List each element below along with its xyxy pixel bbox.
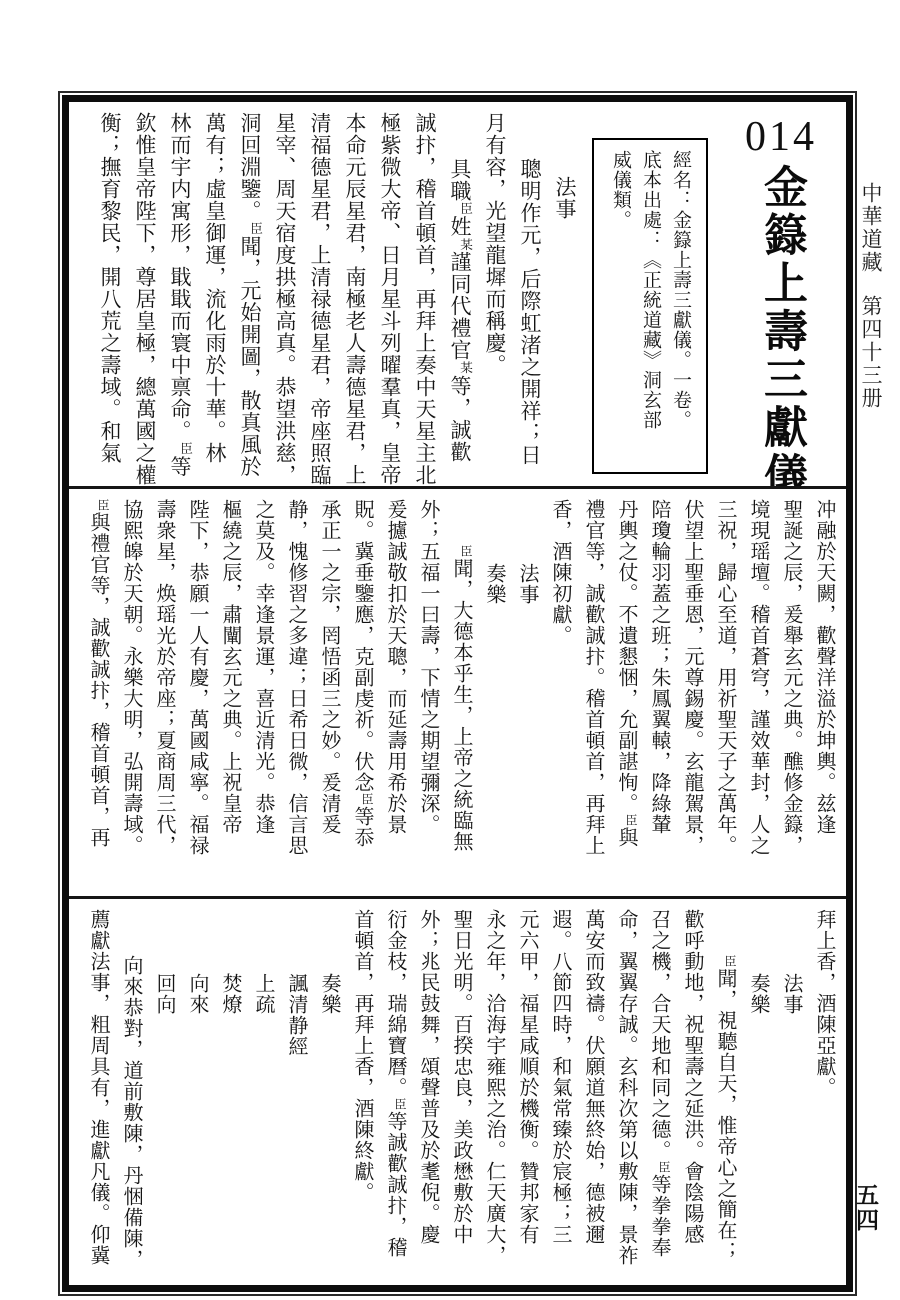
text-column: 聖日光明。百揆忠良，美政懋敷於中 [444,909,477,1277]
text-column: 本命元辰星君，南極老人壽德星君，上 [337,112,372,478]
text-column: 境現瑶壇。稽首蒼穹，謹效華封，人之 [741,499,774,888]
text-column: 臣聞，視聽自天，惟帝心之簡在； [708,909,741,1277]
scripture-number: 014 [745,112,817,158]
text-column: 萬有；虛皇御運，流化雨於十華。林 [197,112,232,478]
text-column: 永之年，洽海宇雍熙之治。仁天廣大， [477,909,510,1277]
section-heading: 焚燎 [213,909,246,1277]
text-column: 外；兆民鼓舞，頌聲普及於耄倪。慶 [411,909,444,1277]
scripture-title: 金籙上壽三獻儀 [759,164,803,489]
text-column: 禮官等，誠歡誠抃。稽首頓首，再拜上 [576,499,609,888]
section-middle: 冲融於天闕，歡聲洋溢於坤輿。兹逢聖誕之辰，爰舉玄元之典。醮修金籙，境現瑶壇。稽首… [69,489,846,899]
small-char: 某 [447,361,482,375]
section-heading: 法事 [774,909,807,1277]
text-column: 臣與禮官等，誠歡誠抃，稽首頓首，再 [81,499,114,888]
text-column: 萬安而致禱。伏願道無終始，德被邇 [576,909,609,1277]
scripture-title-block: 014 金籙上壽三獻儀 [722,112,840,478]
colophon-column: 底本出處：《正統道藏》洞玄部 [635,150,665,462]
text-column: 極紫微大帝、日月星斗列曜羣真，皇帝 [372,112,407,478]
page-number: 五四 [849,1183,882,1233]
small-char: 某 [447,238,482,252]
text-column: 冲融於天闕，歡聲洋溢於坤輿。兹逢 [807,499,840,888]
text-column: 遐。八節四時，和氣常臻於宸極；三 [543,909,576,1277]
text-column: 薦獻法事，粗周具有，進獻凡儀。仰冀 [81,909,114,1277]
section-heading: 法事 [547,112,582,478]
small-char: 臣 [614,814,647,827]
text-frame: 014 金籙上壽三獻儀 經名：金籙上壽三獻儀。一卷。底本出處：《正統道藏》洞玄部… [62,95,853,1292]
text-column: 承正一之宗，罔悟函三之妙。爰清爰 [312,499,345,888]
section-heading: 諷清静經 [279,909,312,1277]
text-column: 三祝，歸心至道，用祈聖天子之萬年。 [708,499,741,888]
text-column: 静，愧修習之多違；日希日微，信言思 [279,499,312,888]
text-column: 伏望上聖垂恩，元尊錫慶。玄龍駕景， [675,499,708,888]
text-column: 元六甲，福星咸順於機衡。贊邦家有 [510,909,543,1277]
section-heading: 奏樂 [312,909,345,1277]
section-heading: 法事 [510,499,543,888]
text-column: 之莫及。幸逢景運，喜近清光。恭逢 [246,499,279,888]
text-column: 丹輿之仗。不遺懇悃，允副諶恂。臣與 [609,499,642,888]
small-char: 臣 [449,545,482,558]
section-top: 014 金籙上壽三獻儀 經名：金籙上壽三獻儀。一卷。底本出處：《正統道藏》洞玄部… [69,102,846,489]
small-char: 臣 [237,222,272,236]
text-column: 首頓首，再拜上香，酒陳終獻。 [345,909,378,1277]
text-column: 向來恭對，道前敷陳，丹悃備陳， [114,909,147,1277]
text-column: 林而宇内寓形，戢戢而寰中禀命。臣等 [162,112,197,478]
small-char: 臣 [647,1161,680,1174]
margin-caption: 中華道藏 第四十三册 [859,182,882,410]
text-column: 星宰、周天宿度拱極高真。恭望洪慈， [267,112,302,478]
text-column: 洞回淵鑒。臣聞，元始開圖，散真風於 [232,112,267,478]
text-column: 衡；撫育黎民，開八荒之壽域。和氣 [92,112,127,478]
section-heading: 回向 [147,909,180,1277]
small-char: 臣 [86,499,119,512]
text-column: 誠抃，稽首頓首，再拜上奏中天星主北 [407,112,442,478]
small-char: 臣 [383,1098,416,1111]
text-column: 壽衆星，焕瑶光於帝座；夏商周三代， [147,499,180,888]
text-column: 具職臣姓某謹同代禮官某等，誠歡 [442,112,477,478]
text-column: 陛下，恭願一人有慶，萬國咸寧。福禄 [180,499,213,888]
text-column: 召之機，合天地和同之德。臣等拳拳奉 [642,909,675,1277]
text-column: 命，翼翼存誠。玄科次第以敷陳，景祚 [609,909,642,1277]
small-char: 臣 [713,955,746,968]
text-column: 清福德星君，上清禄德星君，帝座照臨 [302,112,337,478]
text-column: 臣聞，大德本乎生，上帝之統臨無 [444,499,477,888]
text-column: 樞繞之辰，肅闡玄元之典。上祝皇帝 [213,499,246,888]
text-column: 協熙皞於天朝。永樂大明，弘開壽域。 [114,499,147,888]
section-heading: 向來 [180,909,213,1277]
text-column: 聖誕之辰，爰舉玄元之典。醮修金籙， [774,499,807,888]
text-column: 衍金枝，瑞綿寶曆。臣等誠歡誠抃，稽 [378,909,411,1277]
colophon-column: 經名：金籙上壽三獻儀。一卷。 [665,150,695,462]
text-column: 聰明作元，后際虹渚之開祥；日 [512,112,547,478]
text-column: 香，酒陳初獻。 [543,499,576,888]
section-bottom: 拜上香，酒陳亞獻。法事奏樂臣聞，視聽自天，惟帝心之簡在；歡呼動地，祝聖壽之延洪。… [69,899,846,1285]
section-heading: 上疏 [246,909,279,1277]
text-column: 拜上香，酒陳亞獻。 [807,909,840,1277]
small-char: 臣 [167,442,202,456]
text-column: 欽惟皇帝陛下，尊居皇極，總萬國之權 [127,112,162,478]
small-char: 臣 [447,202,482,216]
text-column: 月有容，光望龍墀而稱慶。 [477,112,512,478]
text-column: 外；五福一曰壽，下情之期望彌深。 [411,499,444,888]
text-column: 陪瓊輪羽蓋之班；朱鳳翼轅，降綠輦 [642,499,675,888]
text-column: 爰攄誠敬扣於天聰，而延壽用希於景 [378,499,411,888]
colophon-box: 經名：金籙上壽三獻儀。一卷。底本出處：《正統道藏》洞玄部威儀類。 [592,138,708,474]
colophon-column: 威儀類。 [605,150,635,462]
text-column: 貺。冀垂鑒應，克副虔祈。伏念臣等忝 [345,499,378,888]
scanned-page: 014 金籙上壽三獻儀 經名：金籙上壽三獻儀。一卷。底本出處：《正統道藏》洞玄部… [0,0,900,1300]
series-title: 中華道藏 [859,182,883,274]
volume-label: 第四十三册 [859,295,882,410]
text-column: 歡呼動地，祝聖壽之延洪。會陰陽感 [675,909,708,1277]
small-char: 臣 [350,793,383,806]
